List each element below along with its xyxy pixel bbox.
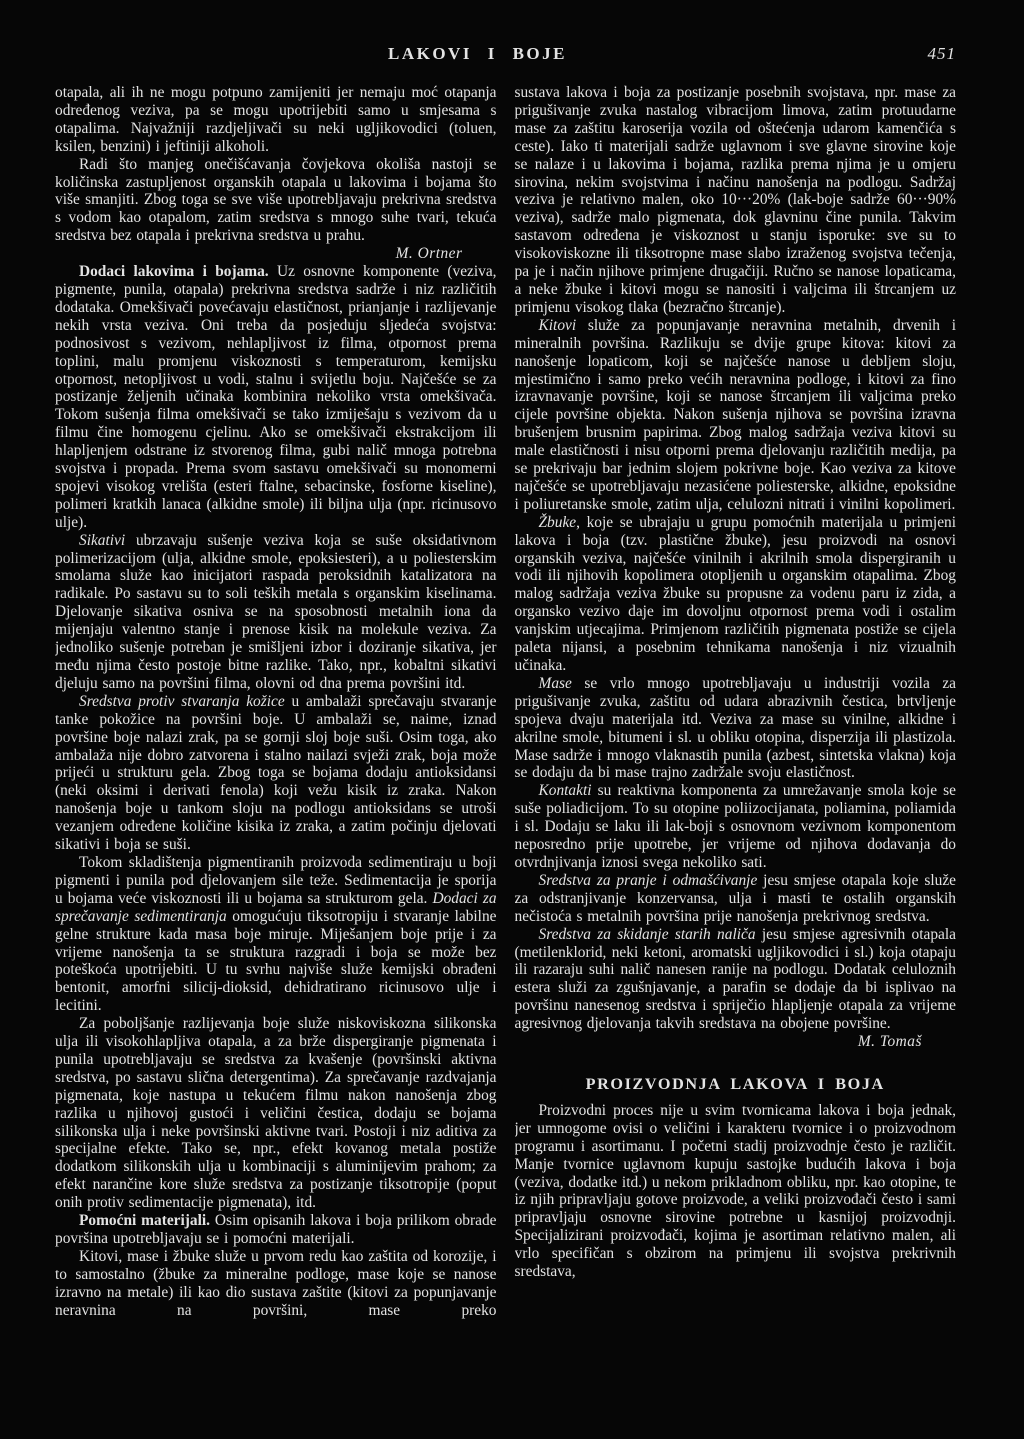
text-segment: Uz osnovne komponente (veziva, pigmente,… (55, 263, 497, 531)
italic-term: Kitovi (539, 317, 577, 334)
paragraph: Sredstva za skidanje starih naliča jesu … (515, 926, 957, 1033)
italic-term: Kontakti (539, 782, 592, 799)
paragraph: Sikativi ubrzavaju sušenje veziva koja s… (55, 532, 497, 693)
text-segment: ubrzavaju sušenje veziva koja se suše ok… (55, 532, 497, 692)
paragraph: Proizvodni proces nije u svim tvornicama… (515, 1102, 957, 1281)
paragraph: Sredstva protiv stvaranja kožice u ambal… (55, 693, 497, 854)
italic-term: Sredstva protiv stvaranja kožice (79, 693, 285, 710)
text-segment: otapala, ali ih ne mogu potpuno zamijeni… (55, 84, 497, 155)
text-segment: , koje se ubrajaju u grupu pomoćnih mate… (515, 514, 957, 674)
paragraph: Kitovi, mase i žbuke služe u prvom redu … (55, 1248, 497, 1320)
text-segment: Tokom skladištenja pigmentiranih proizvo… (55, 854, 497, 907)
italic-term: Mase (539, 675, 572, 692)
paragraph: Pomoćni materijali. Osim opisanih lakova… (55, 1212, 497, 1248)
paragraph: Kontakti su reaktivna komponenta za umre… (515, 782, 957, 872)
paragraph: Žbuke, koje se ubrajaju u grupu pomoćnih… (515, 514, 957, 675)
text-segment: sustava lakova i boja za postizanje pose… (515, 84, 957, 316)
section-heading: PROIZVODNJA LAKOVA I BOJA (515, 1075, 957, 1093)
italic-term: Sikativi (79, 532, 125, 549)
italic-term: Sredstva za pranje i odmašćivanje (539, 872, 758, 889)
text-columns: otapala, ali ih ne mogu potpuno zamijeni… (55, 84, 956, 1439)
running-title: LAKOVI I BOJE (27, 44, 928, 64)
text-segment: Za poboljšanje razlijevanja boje služe n… (55, 1015, 497, 1211)
text-segment: Kitovi, mase i žbuke služe u prvom redu … (55, 1248, 497, 1319)
text-segment: Proizvodni proces nije u svim tvornicama… (515, 1102, 957, 1280)
italic-term: Žbuke (539, 514, 577, 531)
paragraph: Kitovi služe za popunjavanje neravnina m… (515, 317, 957, 514)
paragraph: Tokom skladištenja pigmentiranih proizvo… (55, 854, 497, 1015)
italic-term: Sredstva za skidanje starih naliča (539, 926, 756, 943)
right-column: sustava lakova i boja za postizanje pose… (515, 84, 957, 1439)
page-number: 451 (928, 44, 957, 64)
text-segment: Radi što manjeg onečišćavanja čovjekova … (55, 156, 497, 245)
book-page: LAKOVI I BOJE 451 otapala, ali ih ne mog… (0, 0, 1024, 1439)
paragraph: Dodaci lakovima i bojama. Uz osnovne kom… (55, 263, 497, 532)
bold-lead-in: Dodaci lakovima i bojama. (79, 263, 269, 280)
paragraph: sustava lakova i boja za postizanje pose… (515, 84, 957, 317)
author-signature: M. Tomaš (515, 1033, 957, 1051)
page-header: LAKOVI I BOJE 451 (55, 44, 956, 68)
left-column: otapala, ali ih ne mogu potpuno zamijeni… (55, 84, 497, 1439)
paragraph: Za poboljšanje razlijevanja boje služe n… (55, 1015, 497, 1212)
text-segment: se vrlo mnogo upotrebljavaju u industrij… (515, 675, 957, 782)
paragraph: Sredstva za pranje i odmašćivanje jesu s… (515, 872, 957, 926)
paragraph: Radi što manjeg onečišćavanja čovjekova … (55, 156, 497, 246)
paragraph: Mase se vrlo mnogo upotrebljavaju u indu… (515, 675, 957, 782)
paragraph: otapala, ali ih ne mogu potpuno zamijeni… (55, 84, 497, 156)
text-segment: u ambalaži sprečavaju stvaranje tanke po… (55, 693, 497, 853)
bold-lead-in: Pomoćni materijali. (79, 1212, 210, 1229)
text-segment: služe za popunjavanje neravnina metalnih… (515, 317, 957, 513)
author-signature: M. Ortner (55, 245, 497, 263)
